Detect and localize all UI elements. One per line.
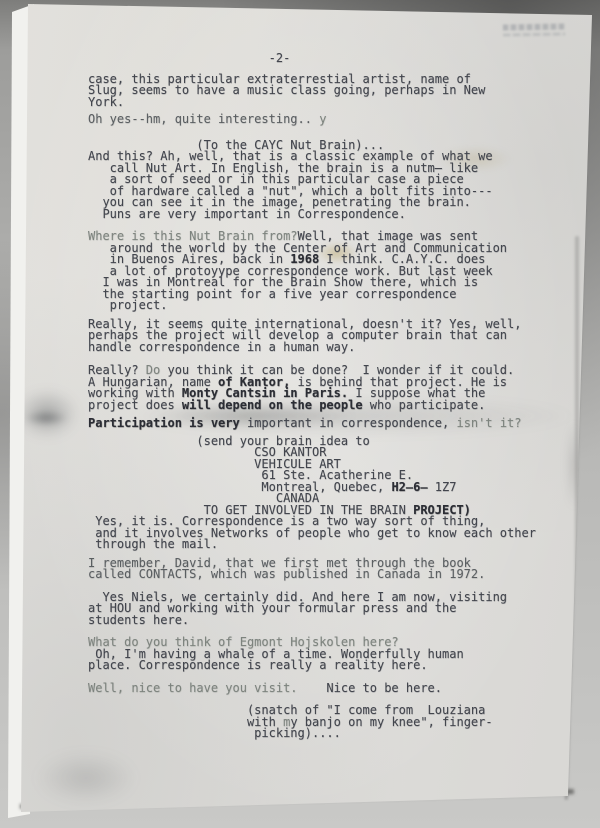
text-line: Slug, seems to have a music class going,… xyxy=(88,85,558,97)
text-line: project does will depend on the people w… xyxy=(88,400,558,412)
smudge xyxy=(566,420,582,510)
text-line: picking).... xyxy=(88,728,558,740)
text-line: place. Correspondence is really a realit… xyxy=(88,660,558,672)
text-line: handle correspondence in a human way. xyxy=(88,342,558,354)
text-line: York. xyxy=(88,97,558,109)
photo-of-document: -2-case, this particular extraterrestial… xyxy=(0,0,600,828)
text-line: through the mail. xyxy=(88,539,558,551)
text-line: Puns are very important in Correspondenc… xyxy=(88,209,558,221)
text-line: Well, nice to have you visit. Nice to be… xyxy=(88,683,558,695)
smudge xyxy=(24,410,68,426)
text-line: students here. xyxy=(88,615,558,627)
document-text: -2-case, this particular extraterrestial… xyxy=(88,53,558,740)
text-line: Participation is very important in corre… xyxy=(88,418,558,430)
smudge xyxy=(36,752,136,804)
text-line: Oh yes--hm, quite interesting.. y xyxy=(88,114,558,126)
text-line: -2- xyxy=(88,53,558,65)
text-line: project. xyxy=(88,300,558,312)
faded-stamp xyxy=(503,21,565,38)
crease-line xyxy=(575,236,579,706)
document-page: -2-case, this particular extraterrestial… xyxy=(0,0,600,828)
text-line: called CONTACTS, which was published in … xyxy=(88,569,558,581)
